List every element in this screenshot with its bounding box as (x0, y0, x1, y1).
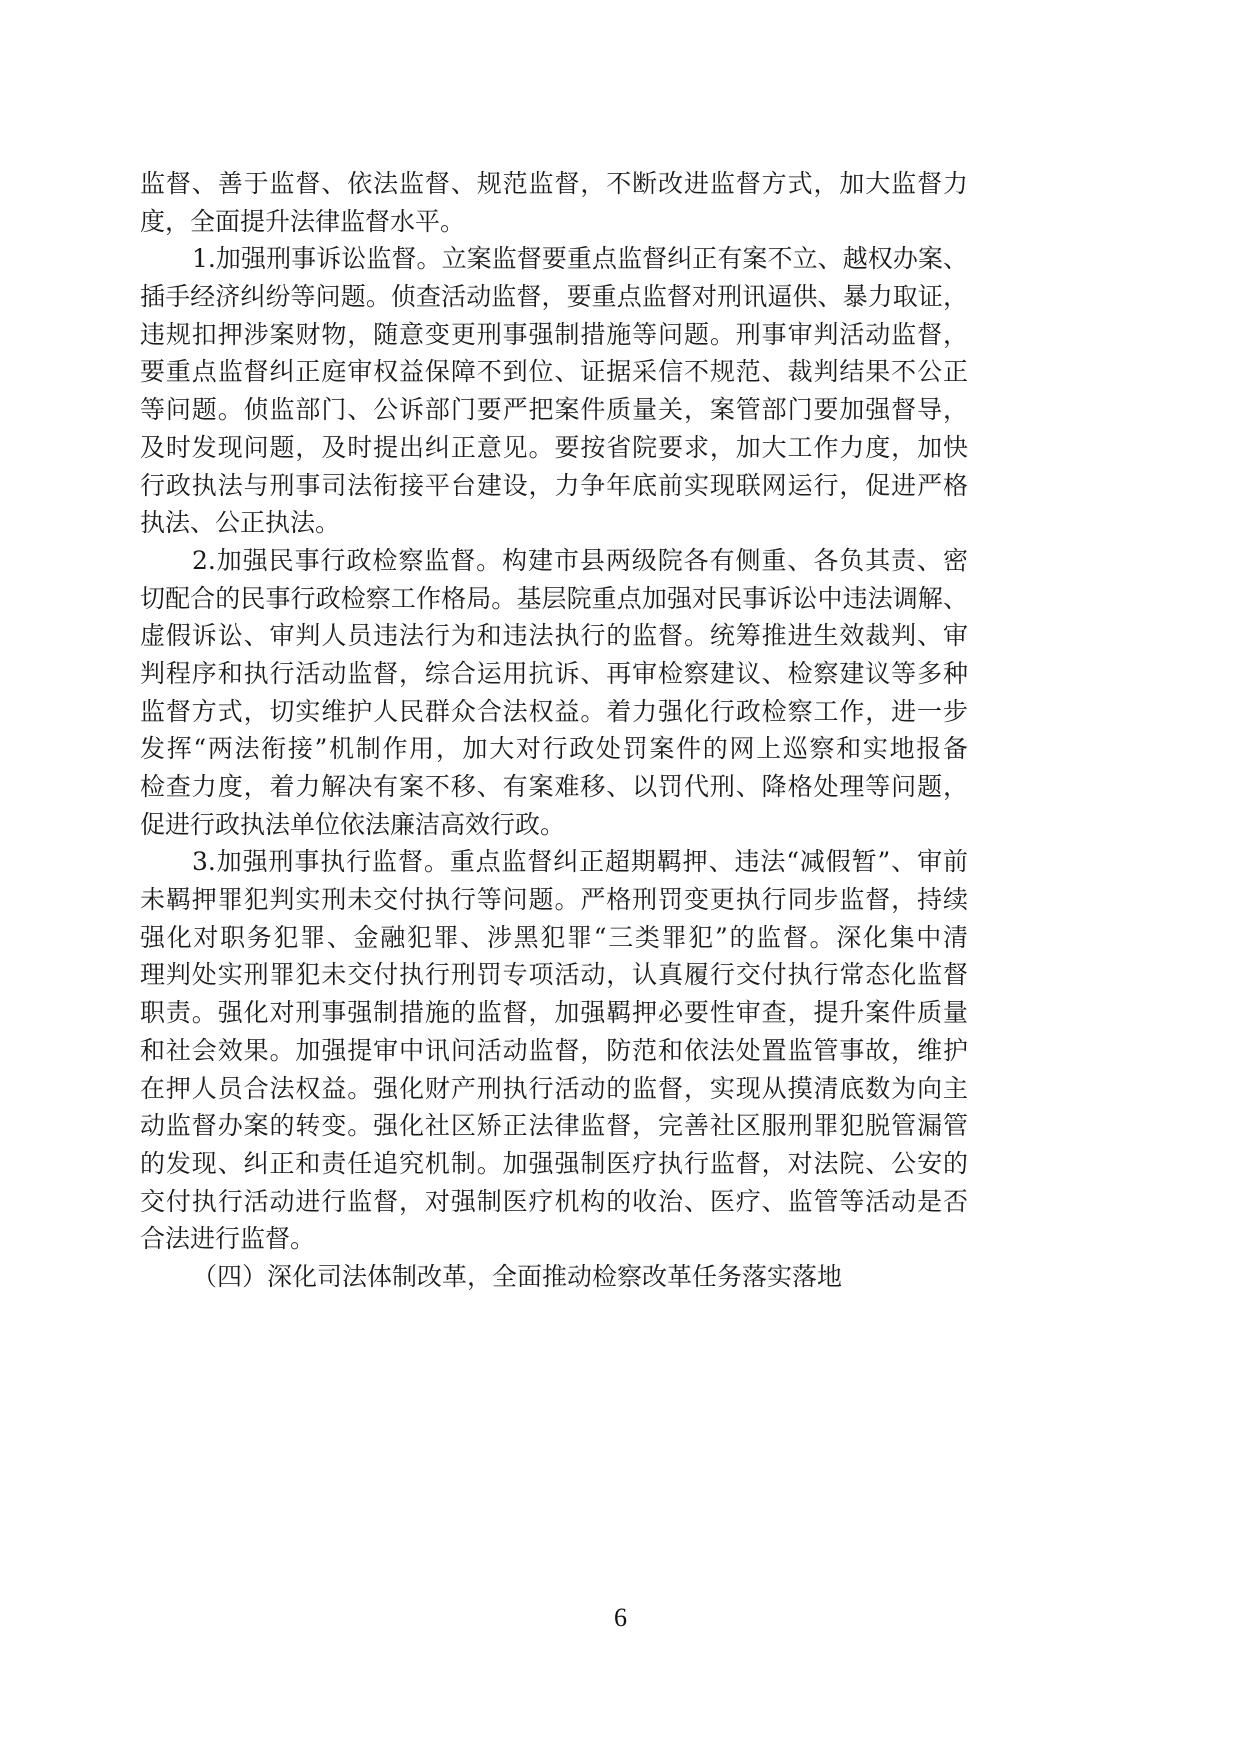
text-line: 的发现、纠正和责任追究机制。加强强制医疗执行监督，对法院、公安的 (140, 1145, 968, 1183)
text-line: 虚假诉讼、审判人员违法行为和违法执行的监督。统筹推进生效裁判、审 (140, 617, 968, 655)
text-line: 和社会效果。加强提审中讯问活动监督，防范和依法处置监管事故，维护 (140, 1032, 968, 1070)
text-line: 插手经济纠纷等问题。侦查活动监督，要重点监督对刑讯逼供、暴力取证， (140, 278, 968, 316)
section-heading-judicial-reform: （四）深化司法体制改革，全面推动检察改革任务落实落地 (140, 1258, 968, 1296)
text-line: 度，全面提升法律监督水平。 (140, 203, 968, 241)
section-heading-text: （四）深化司法体制改革，全面推动检察改革任务落实落地 (140, 1258, 968, 1296)
document-body: 监督、善于监督、依法监督、规范监督，不断改进监督方式，加大监督力 度，全面提升法… (140, 165, 968, 1296)
text-line: 理判处实刑罪犯未交付执行刑罚专项活动，认真履行交付执行常态化监督 (140, 956, 968, 994)
document-page: 监督、善于监督、依法监督、规范监督，不断改进监督方式，加大监督力 度，全面提升法… (0, 0, 1241, 1754)
text-line: 执法、公正执法。 (140, 504, 968, 542)
text-line: 1.加强刑事诉讼监督。立案监督要重点监督纠正有案不立、越权办案、 (140, 240, 968, 278)
paragraph-criminal-litigation-supervision: 1.加强刑事诉讼监督。立案监督要重点监督纠正有案不立、越权办案、 插手经济纠纷等… (140, 240, 968, 542)
text-line: 在押人员合法权益。强化财产刑执行活动的监督，实现从摸清底数为向主 (140, 1070, 968, 1108)
text-line: 促进行政执法单位依法廉洁高效行政。 (140, 806, 968, 844)
text-line: 要重点监督纠正庭审权益保障不到位、证据采信不规范、裁判结果不公正 (140, 353, 968, 391)
text-line: 判程序和执行活动监督，综合运用抗诉、再审检察建议、检察建议等多种 (140, 655, 968, 693)
text-line: 强化对职务犯罪、金融犯罪、涉黑犯罪“三类罪犯”的监督。深化集中清 (140, 919, 968, 957)
text-line: 职责。强化对刑事强制措施的监督，加强羁押必要性审查，提升案件质量 (140, 994, 968, 1032)
text-line: 行政执法与刑事司法衔接平台建设，力争年底前实现联网运行，促进严格 (140, 467, 968, 505)
paragraph-civil-administrative-supervision: 2.加强民事行政检察监督。构建市县两级院各有侧重、各负其责、密 切配合的民事行政… (140, 542, 968, 844)
text-line: 交付执行活动进行监督，对强制医疗机构的收治、医疗、监管等活动是否 (140, 1183, 968, 1221)
text-line: 发挥“两法衔接”机制作用，加大对行政处罚案件的网上巡察和实地报备 (140, 730, 968, 768)
text-line: 切配合的民事行政检察工作格局。基层院重点加强对民事诉讼中违法调解、 (140, 580, 968, 618)
text-line: 2.加强民事行政检察监督。构建市县两级院各有侧重、各负其责、密 (140, 542, 968, 580)
text-line: 监督方式，切实维护人民群众合法权益。着力强化行政检察工作，进一步 (140, 693, 968, 731)
paragraph-intro-continued: 监督、善于监督、依法监督、规范监督，不断改进监督方式，加大监督力 度，全面提升法… (140, 165, 968, 240)
paragraph-criminal-execution-supervision: 3.加强刑事执行监督。重点监督纠正超期羁押、违法“减假暂”、审前 未羁押罪犯判实… (140, 843, 968, 1258)
page-number: 6 (0, 1603, 1241, 1633)
text-line: 监督、善于监督、依法监督、规范监督，不断改进监督方式，加大监督力 (140, 165, 968, 203)
text-line: 检查力度，着力解决有案不移、有案难移、以罚代刑、降格处理等问题， (140, 768, 968, 806)
text-line: 未羁押罪犯判实刑未交付执行等问题。严格刑罚变更执行同步监督，持续 (140, 881, 968, 919)
text-line: 3.加强刑事执行监督。重点监督纠正超期羁押、违法“减假暂”、审前 (140, 843, 968, 881)
text-line: 动监督办案的转变。强化社区矫正法律监督，完善社区服刑罪犯脱管漏管 (140, 1107, 968, 1145)
text-line: 违规扣押涉案财物，随意变更刑事强制措施等问题。刑事审判活动监督， (140, 316, 968, 354)
text-line: 合法进行监督。 (140, 1220, 968, 1258)
text-line: 等问题。侦监部门、公诉部门要严把案件质量关，案管部门要加强督导， (140, 391, 968, 429)
text-line: 及时发现问题，及时提出纠正意见。要按省院要求，加大工作力度，加快 (140, 429, 968, 467)
